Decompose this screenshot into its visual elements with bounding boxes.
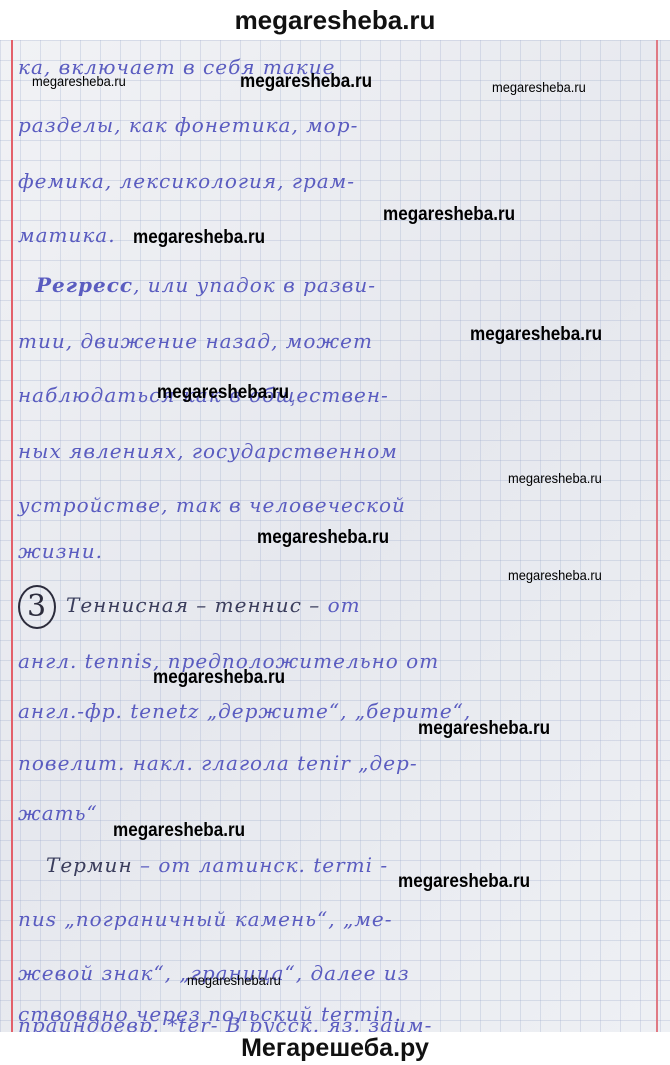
text-line: повелит. накл. глагола tenir „дер- bbox=[18, 738, 652, 788]
text-line: ствовано через польский termin. bbox=[18, 996, 652, 1032]
text-line: Регресс, или упадок в разви- bbox=[36, 260, 652, 310]
text-line-rest: – от латинск. termi - bbox=[133, 853, 389, 877]
watermark: megaresheba.ru bbox=[240, 71, 372, 93]
watermark: megaresheba.ru bbox=[383, 204, 515, 226]
text-line-rest: , или упадок в разви- bbox=[133, 273, 376, 297]
text-line: матика. bbox=[18, 210, 652, 260]
watermark: megaresheba.ru bbox=[113, 820, 245, 842]
site-footer-watermark: Мегарешеба.ру bbox=[0, 1032, 670, 1065]
text-line: англ. tennis, предположительно от bbox=[18, 636, 652, 686]
term-regress: Регресс bbox=[36, 273, 133, 297]
watermark: megaresheba.ru bbox=[187, 972, 281, 988]
text-line: nus „пограничный камень“, „ме- bbox=[18, 894, 652, 944]
watermark: megaresheba.ru bbox=[492, 79, 586, 95]
term-termin: Термин bbox=[46, 853, 133, 877]
watermark: megaresheba.ru bbox=[157, 382, 289, 404]
task-number-circle: 3 bbox=[18, 585, 56, 629]
watermark: megaresheba.ru bbox=[398, 871, 530, 893]
text-line: ных явлениях, государственном bbox=[18, 426, 652, 476]
watermark: megaresheba.ru bbox=[508, 470, 602, 486]
watermark: megaresheba.ru bbox=[418, 718, 550, 740]
text-line: Термин – от латинск. termi - bbox=[46, 840, 652, 890]
text-line: жевой знак“, „граница“, далее из bbox=[18, 948, 652, 998]
text-line: англ.-фр. tenetz „держите“, „берите“, bbox=[18, 686, 652, 736]
text-line: 3Теннисная – теннис – от bbox=[18, 580, 652, 630]
watermark: megaresheba.ru bbox=[257, 527, 389, 549]
text-line: разделы, как фонетика, мор- bbox=[18, 100, 652, 150]
watermark: megaresheba.ru bbox=[133, 227, 265, 249]
watermark: megaresheba.ru bbox=[508, 567, 602, 583]
watermark: megaresheba.ru bbox=[470, 324, 602, 346]
site-header-watermark: megaresheba.ru bbox=[0, 0, 670, 40]
text-line: устройстве, так в человеческой bbox=[18, 480, 652, 530]
text-line: фемика, лексикология, грам- bbox=[18, 156, 652, 206]
watermark: megaresheba.ru bbox=[153, 667, 285, 689]
term-tennis: Теннисная – теннис – bbox=[66, 593, 320, 617]
text-line-rest: от bbox=[320, 593, 360, 617]
text-line: наблюдаться как в обществен- bbox=[18, 370, 652, 420]
watermark: megaresheba.ru bbox=[32, 73, 126, 89]
